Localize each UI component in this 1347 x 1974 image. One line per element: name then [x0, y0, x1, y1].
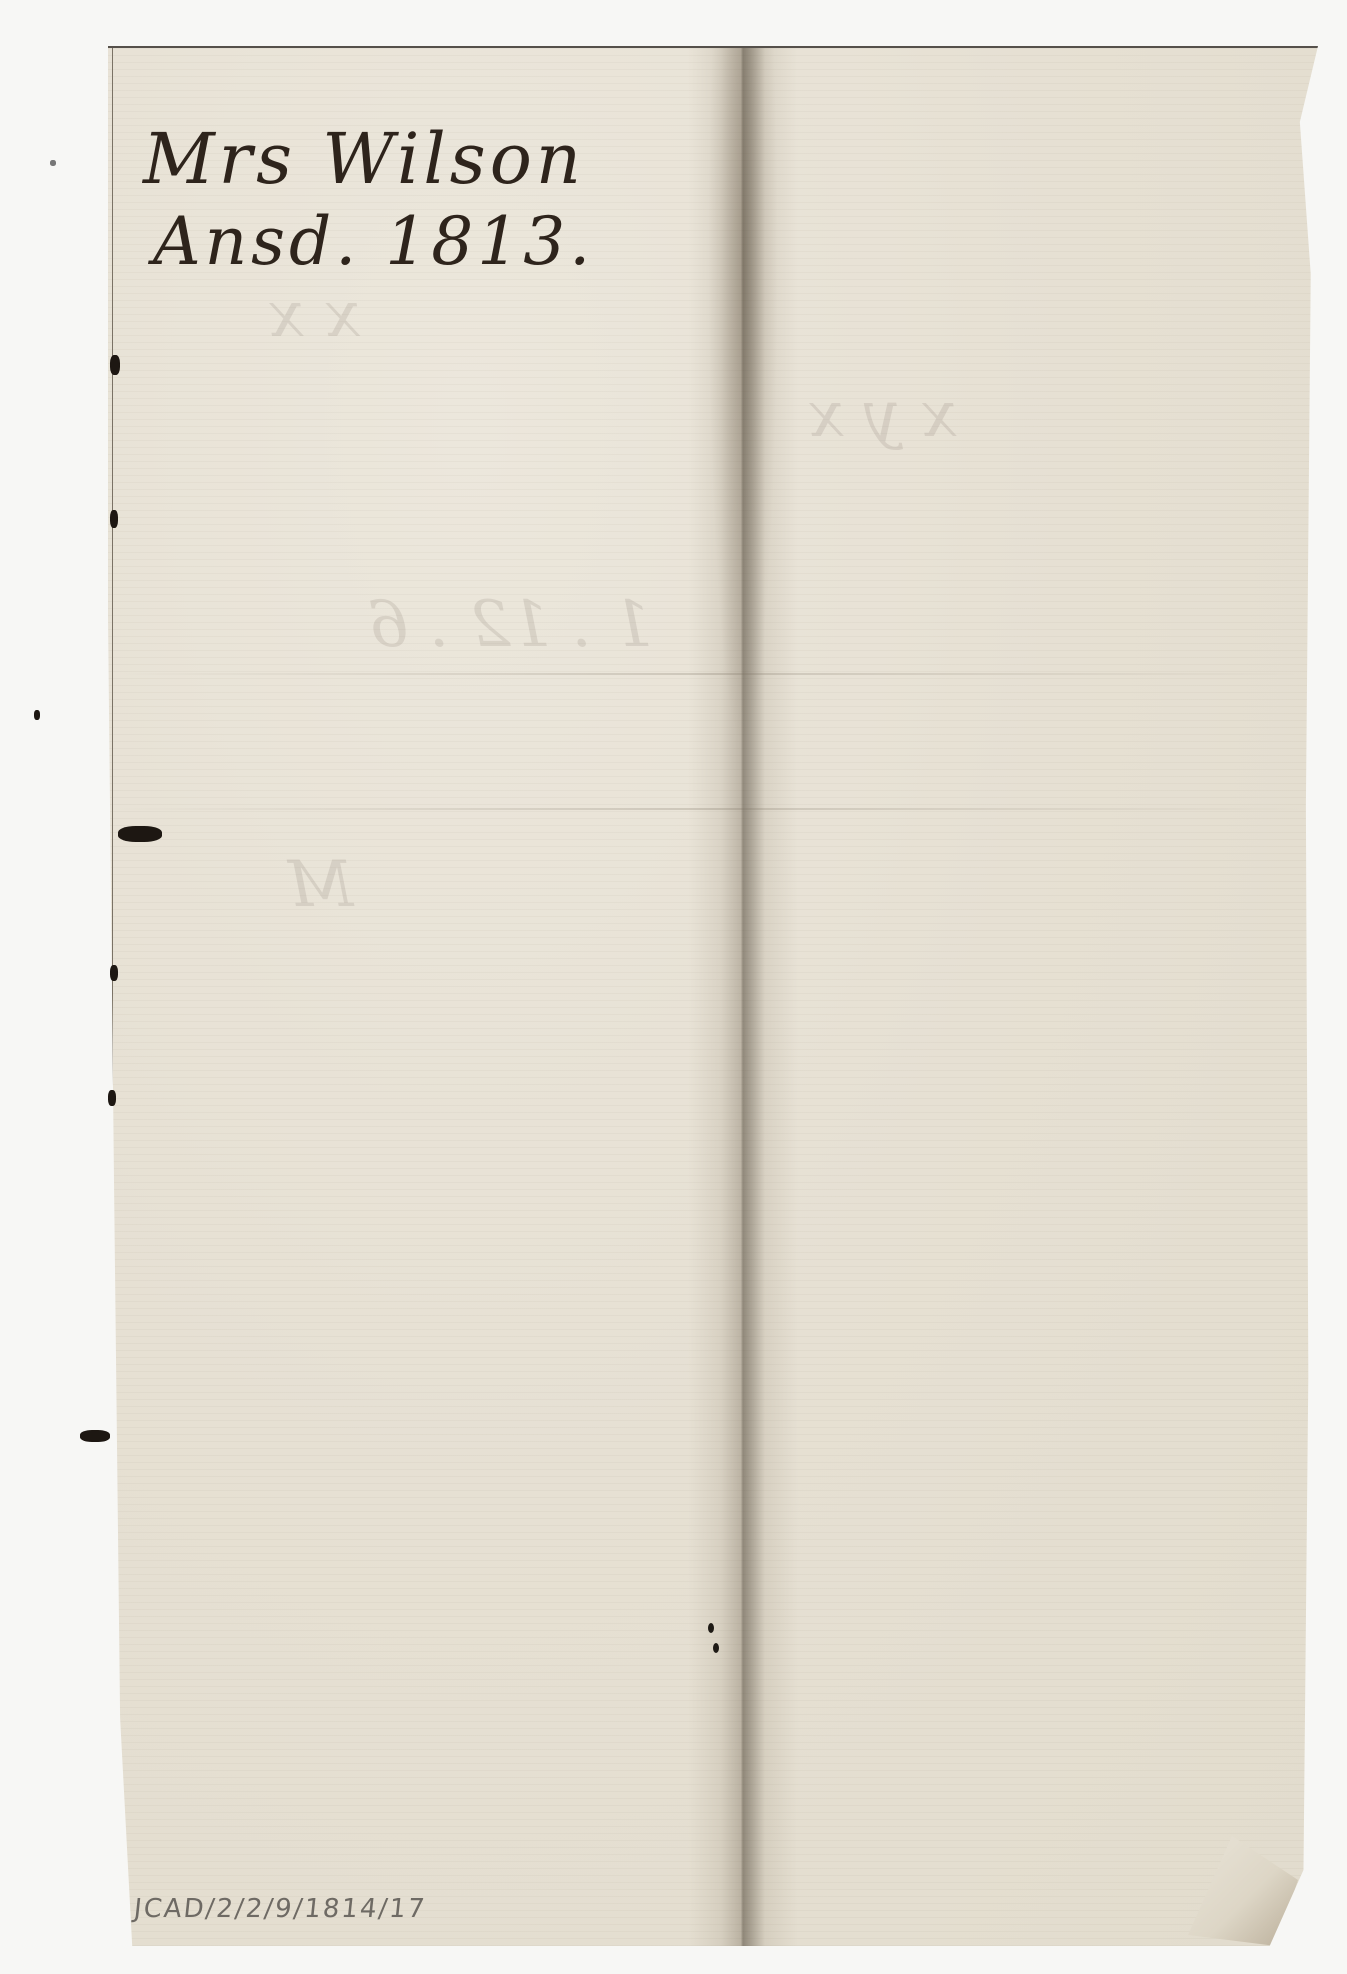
folded-corner — [1188, 1836, 1298, 1946]
ink-speck — [713, 1643, 719, 1653]
left-margin-line — [112, 48, 113, 1946]
edge-ink-mark — [108, 1090, 116, 1106]
center-fold-line — [688, 48, 798, 1946]
bleed-through-text: x y x — [808, 378, 957, 452]
horizontal-crease — [108, 673, 1318, 675]
horizontal-crease — [108, 808, 1318, 810]
answered-date-handwriting: Ansd. 1813. — [153, 203, 594, 280]
edge-ink-mark — [80, 1430, 110, 1442]
bleed-through-text: M — [288, 848, 354, 922]
edge-ink-mark — [110, 965, 118, 981]
scanner-speck — [50, 160, 56, 166]
addressee-handwriting: Mrs Wilson — [143, 118, 585, 200]
ink-speck — [708, 1623, 714, 1633]
document-sheet: x x x y x 1 . 12 . 6 M Mrs Wilson Ansd. … — [108, 46, 1318, 1946]
edge-ink-mark — [110, 510, 118, 528]
archive-reference: JCAD/2/2/9/1814/17 — [132, 1894, 427, 1924]
edge-ink-mark — [110, 355, 120, 375]
edge-ink-mark — [118, 826, 162, 842]
scanner-speck — [34, 710, 40, 720]
bleed-through-text: x x — [268, 278, 361, 352]
bleed-through-text: 1 . 12 . 6 — [368, 588, 653, 662]
